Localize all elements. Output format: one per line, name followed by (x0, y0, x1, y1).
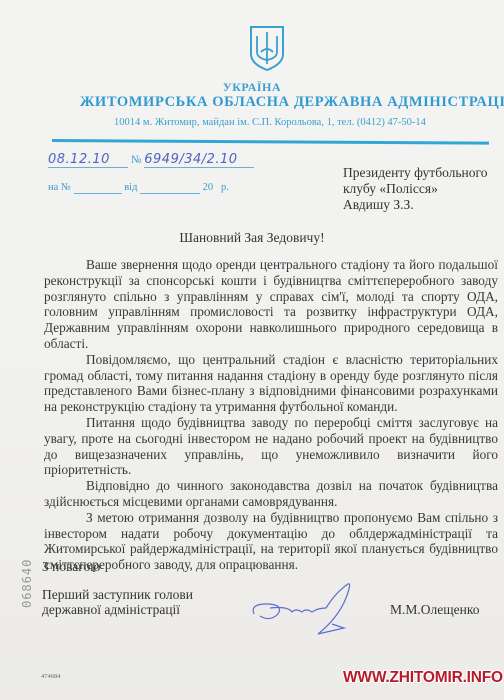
signer-name: М.М.Олещенко (390, 602, 479, 618)
addressee-line: клубу «Полісся» (343, 181, 487, 197)
year-label: 20 (203, 182, 214, 193)
from-blank (140, 182, 200, 194)
addressee-line: Авдишу З.З. (343, 197, 487, 213)
body-paragraph: Відповідно до чинного законодавства дозв… (44, 478, 498, 510)
country-title: УКРАЇНА (0, 80, 504, 95)
site-watermark: WWW.ZHITOMIR.INFO (343, 669, 503, 687)
reply-reference-line: на № від 20 р. (48, 182, 229, 202)
body-paragraph: Питання щодо будівництва заводу по перер… (44, 415, 498, 478)
organization-address: 10014 м. Житомир, майдан ім. С.П. Король… (80, 117, 460, 128)
stamp-number: 068640 (20, 559, 34, 608)
letterhead-divider (52, 139, 489, 145)
body-paragraph: Ваше звернення щодо оренди центрального … (44, 257, 498, 352)
reply-to-label: на № (48, 182, 71, 193)
signer-position: Перший заступник голови державної адміні… (42, 587, 193, 617)
organization-name: ЖИТОМИРСЬКА ОБЛАСНА ДЕРЖАВНА АДМІНІСТРАЦ… (80, 94, 460, 111)
body-paragraph: Повідомляємо, що центральний стадіон є в… (44, 352, 498, 415)
addressee-block: Президенту футбольного клубу «Полісся» А… (343, 165, 487, 213)
registration-date: 08.12.10 (48, 152, 128, 168)
handwritten-signature-icon (248, 578, 368, 638)
registration-date-line: 08.12.10 (48, 152, 128, 172)
number-label: № (131, 154, 142, 166)
position-line: Перший заступник голови (42, 587, 193, 602)
registration-number-line: № 6949/34/2.10 (131, 152, 254, 172)
trident-emblem-icon (247, 24, 287, 72)
addressee-line: Президенту футбольного (343, 165, 487, 181)
registration-number: 6949/34/2.10 (144, 152, 254, 168)
greeting: Шановний Зая Зедовичу! (0, 230, 504, 246)
position-line: державної адміністрації (42, 602, 193, 617)
form-serial: 474684 (41, 673, 61, 680)
letter-body: Ваше звернення щодо оренди центрального … (44, 257, 498, 573)
letter-page: УКРАЇНА ЖИТОМИРСЬКА ОБЛАСНА ДЕРЖАВНА АДМ… (0, 0, 504, 700)
from-label: від (124, 182, 137, 193)
closing: З повагою (42, 559, 100, 575)
reply-to-blank (74, 182, 122, 194)
body-paragraph: З метою отримання дозволу на будівництво… (44, 510, 498, 573)
year-suffix: р. (221, 182, 229, 193)
